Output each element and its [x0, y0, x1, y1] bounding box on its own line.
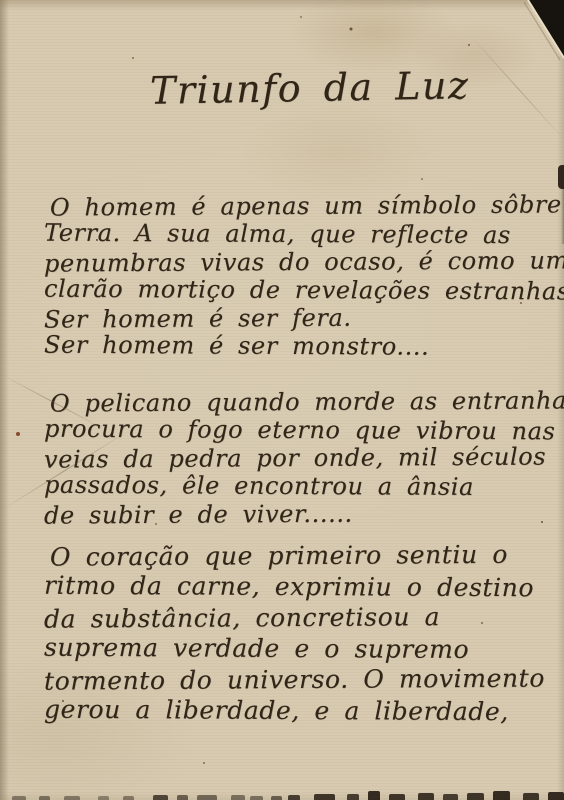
text-line: passados, êle encontrou a ânsia — [44, 471, 558, 502]
paragraph-2: O pelicano quando morde as entranhas pro… — [44, 388, 558, 528]
text-line: tormento do universo. O movimento — [44, 662, 558, 696]
text-line: veias da pedra por onde, mil séculos — [44, 442, 558, 473]
text-line: procura o fogo eterno que vibrou nas — [44, 415, 558, 446]
text-line: suprema verdade e o supremo — [44, 632, 558, 666]
paragraph-1: O homem é apenas um símbolo sôbre a Terr… — [44, 192, 558, 360]
edge-ink-blot — [558, 165, 564, 189]
text-line: penumbras vivas do ocaso, é como um — [44, 246, 558, 277]
text-line: clarão mortiço de revelações estranhas. — [44, 275, 558, 306]
paragraph-3: O coração que primeiro sentiu o ritmo da… — [44, 540, 558, 726]
text-line: Ser homem é ser fera. — [44, 302, 558, 333]
text-line: da substância, concretisou a — [44, 600, 558, 634]
text-line: Ser homem é ser monstro.... — [44, 331, 558, 362]
text-line: Terra. A sua alma, que reflecte as — [44, 219, 558, 250]
text-line: ritmo da carne, exprimiu o destino — [44, 570, 558, 604]
text-line: de subir e de viver...... — [44, 498, 558, 529]
paper-specks — [0, 0, 2, 2]
text-line: O coração que primeiro sentiu o — [44, 538, 558, 572]
text-line: O pelicano quando morde as entranhas — [44, 386, 558, 417]
text-line: O homem é apenas um símbolo sôbre a — [44, 190, 558, 221]
text-line: gerou a liberdade, e a liberdade, — [44, 694, 558, 728]
manuscript-page: Triunfo da Luz O homem é apenas um símbo… — [0, 0, 564, 800]
document-title: Triunfo da Luz — [150, 63, 470, 113]
folded-corner — [524, 0, 564, 64]
cutoff-text-fragment — [4, 790, 564, 800]
